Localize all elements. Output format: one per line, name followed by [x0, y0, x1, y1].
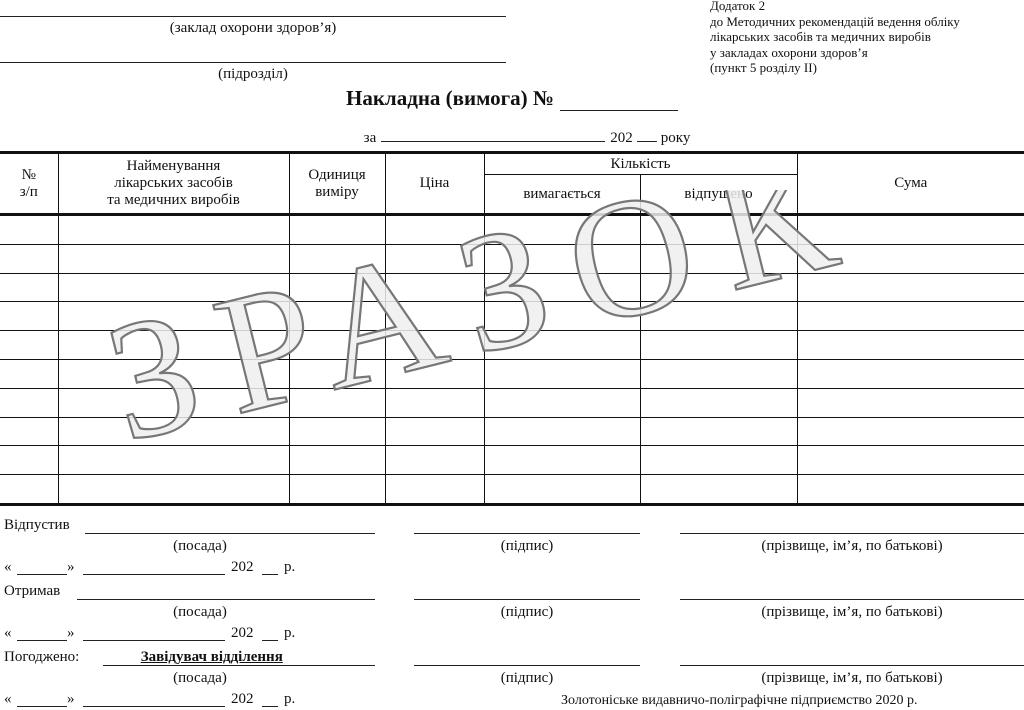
cell-name[interactable] [58, 446, 289, 475]
cell-requested[interactable] [484, 388, 640, 417]
col-header-number-line1: № [0, 167, 58, 184]
cell-released[interactable] [640, 331, 797, 360]
document-date-line: за202року [0, 127, 1024, 147]
cell-released[interactable] [640, 273, 797, 302]
institution-label: (заклад охорони здоров’я) [0, 20, 506, 37]
table-row [0, 388, 1024, 417]
col-header-sum: Сума [797, 153, 1024, 215]
cell-unit[interactable] [289, 331, 385, 360]
cell-price[interactable] [385, 244, 484, 273]
signature-role: Отримав [4, 583, 60, 600]
appendix-line: до Методичних рекомендацій ведення облік… [710, 14, 960, 30]
cell-price[interactable] [385, 475, 484, 505]
date-close-quote: » [67, 559, 75, 576]
year-field[interactable] [637, 127, 657, 142]
position-field[interactable] [85, 533, 375, 534]
date-suffix: р. [284, 559, 295, 576]
cell-released[interactable] [640, 302, 797, 331]
col-header-name-line2: лікарських засобів [59, 175, 289, 192]
table-row [0, 359, 1024, 388]
cell-released[interactable] [640, 475, 797, 505]
full-name-label: (прізвище, ім’я, по батькові) [680, 670, 1024, 687]
cell-sum[interactable] [797, 417, 1024, 446]
table-row [0, 302, 1024, 331]
date-suffix: р. [284, 691, 295, 708]
col-header-unit-line1: Одиниця [290, 167, 385, 184]
cell-requested[interactable] [484, 417, 640, 446]
cell-requested[interactable] [484, 273, 640, 302]
col-header-released: відпущено [640, 175, 797, 215]
cell-number[interactable] [0, 417, 58, 446]
cell-name[interactable] [58, 273, 289, 302]
cell-released[interactable] [640, 244, 797, 273]
date-prefix: за [364, 130, 377, 146]
signature-label: (підпис) [414, 538, 640, 555]
subdivision-line[interactable] [0, 62, 506, 63]
col-header-unit-line2: виміру [290, 184, 385, 201]
date-open-quote: « [4, 691, 12, 708]
full-name-field[interactable] [680, 665, 1024, 666]
appendix-line: Додаток 2 [710, 0, 960, 14]
table-row [0, 273, 1024, 302]
full-name-label: (прізвище, ім’я, по батькові) [680, 538, 1024, 555]
cell-requested[interactable] [484, 475, 640, 505]
table-row [0, 331, 1024, 360]
cell-unit[interactable] [289, 244, 385, 273]
full-name-field[interactable] [680, 599, 1024, 600]
cell-price[interactable] [385, 331, 484, 360]
table-row [0, 475, 1024, 505]
cell-released[interactable] [640, 359, 797, 388]
cell-unit[interactable] [289, 359, 385, 388]
cell-unit[interactable] [289, 475, 385, 505]
cell-sum[interactable] [797, 331, 1024, 360]
day-field[interactable] [17, 574, 67, 575]
table-row [0, 417, 1024, 446]
date-field[interactable] [381, 127, 605, 142]
col-header-number: № з/п [0, 153, 58, 215]
cell-name[interactable] [58, 302, 289, 331]
col-header-number-line2: з/п [0, 184, 58, 201]
date-suffix: р. [284, 625, 295, 642]
position-label: (посада) [100, 604, 300, 621]
subdivision-label: (підрозділ) [0, 66, 506, 83]
cell-sum[interactable] [797, 475, 1024, 505]
cell-unit[interactable] [289, 215, 385, 245]
date-open-quote: « [4, 625, 12, 642]
cell-number[interactable] [0, 446, 58, 475]
cell-released[interactable] [640, 388, 797, 417]
day-field[interactable] [17, 706, 67, 707]
col-header-quantity: Кількість [484, 153, 797, 175]
cell-sum[interactable] [797, 244, 1024, 273]
table-row [0, 446, 1024, 475]
date-open-quote: « [4, 559, 12, 576]
cell-number[interactable] [0, 302, 58, 331]
signature-role: Відпустив [4, 517, 70, 534]
cell-released[interactable] [640, 215, 797, 245]
cell-sum[interactable] [797, 273, 1024, 302]
cell-name[interactable] [58, 215, 289, 245]
cell-released[interactable] [640, 417, 797, 446]
cell-requested[interactable] [484, 331, 640, 360]
month-field[interactable] [83, 574, 225, 575]
cell-sum[interactable] [797, 388, 1024, 417]
date-year: 202 [231, 625, 254, 642]
cell-sum[interactable] [797, 446, 1024, 475]
cell-price[interactable] [385, 446, 484, 475]
year-field[interactable] [262, 640, 278, 641]
col-header-unit: Одиниця виміру [289, 153, 385, 215]
cell-name[interactable] [58, 331, 289, 360]
table-row [0, 215, 1024, 245]
appendix-line: у закладах охорони здоров’я [710, 45, 960, 61]
cell-requested[interactable] [484, 215, 640, 245]
signature-field[interactable] [414, 599, 640, 600]
cell-unit[interactable] [289, 417, 385, 446]
cell-number[interactable] [0, 331, 58, 360]
cell-price[interactable] [385, 273, 484, 302]
appendix-line: лікарських засобів та медичних виробів [710, 29, 960, 45]
cell-price[interactable] [385, 215, 484, 245]
title-text: Накладна (вимога) № [346, 86, 554, 110]
printer-note: Золотоніське видавничо-поліграфічне підп… [561, 692, 918, 709]
cell-unit[interactable] [289, 446, 385, 475]
date-suffix: року [661, 130, 691, 146]
date-close-quote: » [67, 625, 75, 642]
col-header-name-line1: Найменування [59, 158, 289, 175]
cell-name[interactable] [58, 417, 289, 446]
signature-label: (підпис) [414, 670, 640, 687]
cell-released[interactable] [640, 446, 797, 475]
signature-field[interactable] [414, 665, 640, 666]
cell-sum[interactable] [797, 215, 1024, 245]
date-year: 202 [610, 130, 633, 146]
year-field[interactable] [262, 706, 278, 707]
cell-number[interactable] [0, 475, 58, 505]
full-name-field[interactable] [680, 533, 1024, 534]
items-table: № з/п Найменування лікарських засобів та… [0, 151, 1024, 506]
col-header-name: Найменування лікарських засобів та медич… [58, 153, 289, 215]
cell-sum[interactable] [797, 302, 1024, 331]
cell-unit[interactable] [289, 302, 385, 331]
col-header-price: Ціна [385, 153, 484, 215]
col-header-name-line3: та медичних виробів [59, 192, 289, 209]
cell-unit[interactable] [289, 273, 385, 302]
cell-price[interactable] [385, 359, 484, 388]
signature-field[interactable] [414, 533, 640, 534]
document-number-field[interactable] [560, 92, 678, 111]
cell-name[interactable] [58, 244, 289, 273]
cell-price[interactable] [385, 302, 484, 331]
position-field[interactable] [77, 599, 375, 600]
signature-label: (підпис) [414, 604, 640, 621]
cell-number[interactable] [0, 244, 58, 273]
cell-unit[interactable] [289, 388, 385, 417]
year-field[interactable] [262, 574, 278, 575]
cell-number[interactable] [0, 359, 58, 388]
cell-requested[interactable] [484, 446, 640, 475]
cell-requested[interactable] [484, 244, 640, 273]
institution-line[interactable] [0, 16, 506, 17]
table-row [0, 244, 1024, 273]
document-title: Накладна (вимога) № [0, 86, 1024, 111]
signature-role: Погоджено: [4, 649, 79, 666]
date-year: 202 [231, 559, 254, 576]
day-field[interactable] [17, 640, 67, 641]
position-label: (посада) [100, 538, 300, 555]
full-name-label: (прізвище, ім’я, по батькові) [680, 604, 1024, 621]
month-field[interactable] [83, 706, 225, 707]
position-value: Завідувач відділення [103, 649, 321, 666]
cell-price[interactable] [385, 417, 484, 446]
cell-name[interactable] [58, 359, 289, 388]
cell-number[interactable] [0, 215, 58, 245]
cell-price[interactable] [385, 388, 484, 417]
cell-name[interactable] [58, 388, 289, 417]
cell-number[interactable] [0, 273, 58, 302]
col-header-requested: вимагається [484, 175, 640, 215]
month-field[interactable] [83, 640, 225, 641]
cell-requested[interactable] [484, 302, 640, 331]
cell-number[interactable] [0, 388, 58, 417]
cell-name[interactable] [58, 475, 289, 505]
position-label: (посада) [100, 670, 300, 687]
date-year: 202 [231, 691, 254, 708]
appendix-note: Додаток 2 до Методичних рекомендацій вед… [710, 0, 960, 76]
cell-sum[interactable] [797, 359, 1024, 388]
cell-requested[interactable] [484, 359, 640, 388]
date-close-quote: » [67, 691, 75, 708]
appendix-line: (пункт 5 розділу II) [710, 60, 960, 76]
